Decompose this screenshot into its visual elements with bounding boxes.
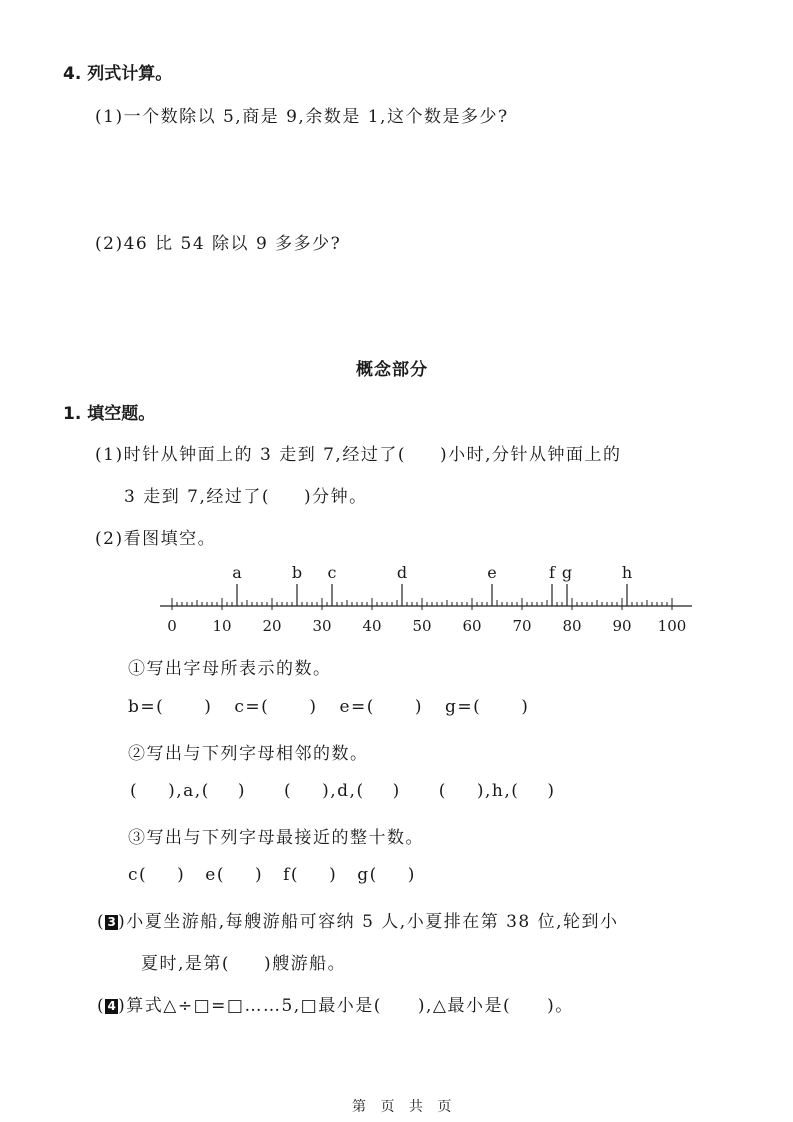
tick-label: 50 (412, 617, 431, 635)
letter-label-a: a (232, 563, 242, 582)
round-c-close: ) (177, 865, 185, 885)
sub-question-1-label: ①写出字母所表示的数。 (128, 654, 332, 679)
letter-label-g: g (562, 563, 572, 582)
fill-question-4: (4)算式△÷□=□……5,□最小是(),△最小是()。 (97, 991, 574, 1016)
page-footer: 第 页 共 页 (352, 1096, 456, 1116)
fill-question-3-line-1: (3)小夏坐游船,每艘游船可容纳 5 人,小夏排在第 38 位,轮到小 (97, 907, 619, 932)
letter-label-c: c (328, 563, 337, 582)
sub-question-2-blanks: (),a,()(),d,()(),h,() (130, 781, 556, 801)
tick-label: 90 (612, 617, 631, 635)
round-g-close: ) (408, 865, 416, 885)
adj-a-mid: ),a,( (168, 781, 210, 801)
question-number-badge-3: 3 (105, 915, 118, 930)
sub-question-1-blanks: b=()c=()e=()g=() (128, 697, 529, 717)
tick-label: 0 (167, 617, 177, 635)
letter-label-b: b (292, 563, 302, 582)
blank-b-close: ) (204, 697, 212, 717)
round-f-close: ) (329, 865, 337, 885)
question-number-badge-4: 4 (105, 999, 118, 1014)
fill-question-3-line-2: 夏时,是第()艘游船。 (141, 949, 346, 974)
q1-text-b: )小时,分针从钟面上的 (440, 445, 622, 465)
tick-label: 20 (262, 617, 281, 635)
q4-open-paren: ( (97, 996, 105, 1016)
tick-label: 60 (462, 617, 481, 635)
round-f-open: f( (283, 865, 299, 885)
q3-text: )小夏坐游船,每艘游船可容纳 5 人,小夏排在第 38 位,轮到小 (118, 912, 618, 932)
tick-label: 10 (212, 617, 231, 635)
tick-label: 30 (312, 617, 331, 635)
blank-c-open: c=( (234, 697, 269, 717)
blank-g-open: g=( (445, 697, 481, 717)
adj-d-open: ( (284, 781, 292, 801)
round-g-open: g( (357, 865, 378, 885)
blank-e-close: ) (415, 697, 423, 717)
adj-d-close: ) (393, 781, 401, 801)
section-heading-calculation: 4. 列式计算。 (63, 59, 172, 84)
tick-label: 100 (658, 617, 687, 635)
number-line-svg: 0102030405060708090100abcdefgh (155, 555, 700, 640)
adj-h-open: ( (439, 781, 447, 801)
round-e-open: e( (205, 865, 225, 885)
adj-a-open: ( (130, 781, 138, 801)
fill-question-1-line-2: 3 走到 7,经过了()分钟。 (124, 482, 368, 507)
round-c-open: c( (128, 865, 147, 885)
round-e-close: ) (255, 865, 263, 885)
fill-question-2-label: (2)看图填空。 (95, 524, 216, 549)
sub-question-3-label: ③写出与下列字母最接近的整十数。 (128, 823, 424, 848)
q4-text-b: ),△最小是( (418, 996, 511, 1016)
q4-text-c: )。 (547, 996, 574, 1016)
blank-g-close: ) (521, 697, 529, 717)
adj-d-mid: ),d,( (322, 781, 364, 801)
tick-label: 40 (362, 617, 381, 635)
sub-question-3-blanks: c()e()f()g() (128, 865, 416, 885)
sub-question-2-label: ②写出与下列字母相邻的数。 (128, 739, 369, 764)
q3-open-paren: ( (97, 912, 105, 932)
q1-text-a: (1)时针从钟面上的 3 走到 7,经过了( (95, 445, 406, 465)
adj-h-close: ) (547, 781, 555, 801)
letter-label-e: e (487, 563, 496, 582)
adj-h-mid: ),h,( (477, 781, 520, 801)
letter-label-d: d (397, 563, 407, 582)
tick-label: 80 (562, 617, 581, 635)
letter-label-f: f (549, 563, 556, 582)
q1-text-d: )分钟。 (304, 487, 368, 507)
calc-question-1: (1)一个数除以 5,商是 9,余数是 1,这个数是多少? (95, 102, 509, 127)
q3-text-b: 夏时,是第( (141, 954, 230, 974)
q4-text-a: )算式△÷□=□……5,□最小是( (118, 996, 382, 1016)
fill-question-1-line-1: (1)时针从钟面上的 3 走到 7,经过了()小时,分针从钟面上的 (95, 440, 622, 465)
section-heading-fill-blank: 1. 填空题。 (63, 399, 155, 424)
q1-text-c: 3 走到 7,经过了( (124, 487, 270, 507)
calc-question-2: (2)46 比 54 除以 9 多多少? (95, 229, 341, 254)
blank-e-open: e=( (339, 697, 374, 717)
section-title-concepts: 概念部分 (356, 355, 428, 380)
letter-label-h: h (622, 563, 632, 582)
q3-text-c: )艘游船。 (264, 954, 346, 974)
blank-c-close: ) (309, 697, 317, 717)
number-line-figure: 0102030405060708090100abcdefgh (155, 555, 700, 640)
tick-label: 70 (512, 617, 531, 635)
blank-b-open: b=( (128, 697, 164, 717)
adj-a-close: ) (238, 781, 246, 801)
